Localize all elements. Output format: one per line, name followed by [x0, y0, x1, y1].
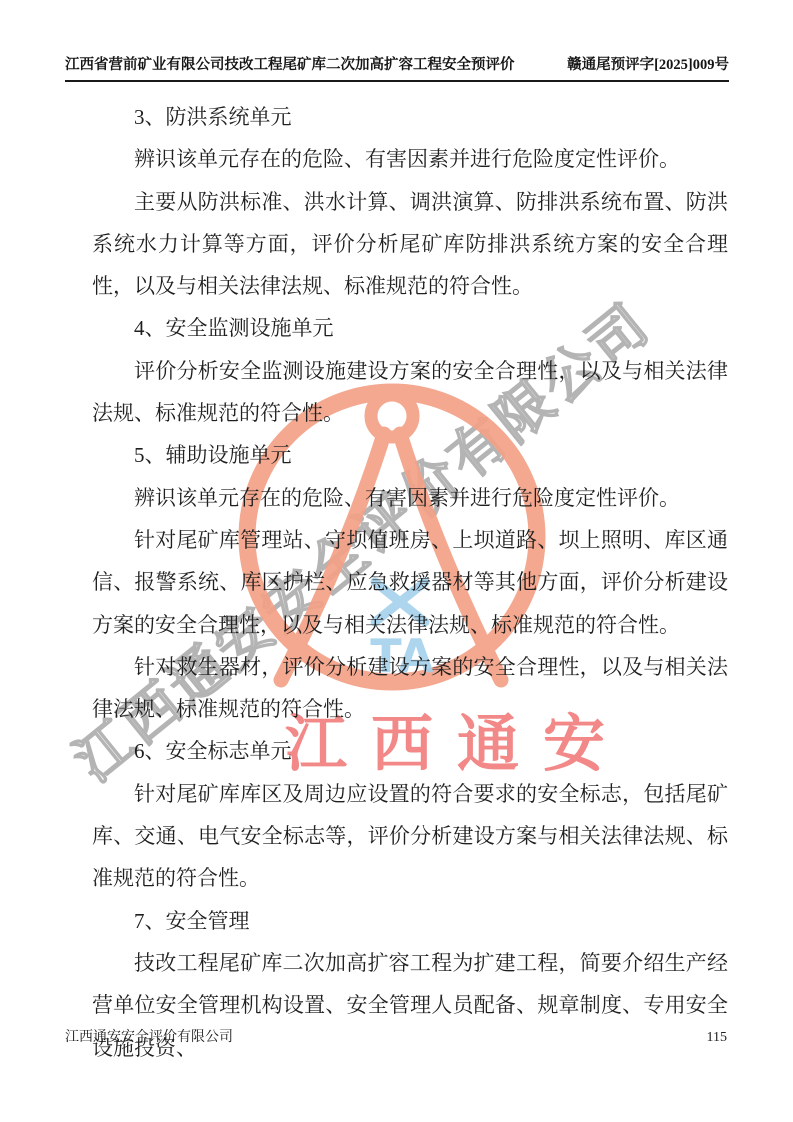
- section-heading: 5、辅助设施单元: [92, 434, 728, 476]
- body-paragraph: 针对尾矿库管理站、守坝值班房、上坝道路、坝上照明、库区通信、报警系统、库区护栏、…: [92, 519, 728, 646]
- body-paragraph: 技改工程尾矿库二次加高扩容工程为扩建工程，简要介绍生产经营单位安全管理机构设置、…: [92, 942, 728, 1069]
- header-document-number: 赣通尾预评字[2025]009号: [567, 53, 729, 74]
- page-footer: 江西通安安全评价有限公司 115: [65, 1026, 727, 1046]
- footer-company-name: 江西通安安全评价有限公司: [65, 1026, 233, 1046]
- section-heading: 6、安全标志单元: [92, 730, 728, 772]
- body-paragraph: 辨识该单元存在的危险、有害因素并进行危险度定性评价。: [92, 477, 728, 519]
- content-layer: 江西省营前矿业有限公司技改工程尾矿库二次加高扩容工程安全预评价 赣通尾预评字[2…: [0, 0, 793, 1122]
- document-page: 江西通安安全评价有限公司 TA 江西通安 江西省营前矿业有限公司技改工程尾矿库二…: [0, 0, 793, 1122]
- body-paragraph: 针对尾矿库库区及周边应设置的符合要求的安全标志，包括尾矿库、交通、电气安全标志等…: [92, 773, 728, 900]
- page-header: 江西省营前矿业有限公司技改工程尾矿库二次加高扩容工程安全预评价 赣通尾预评字[2…: [65, 53, 729, 82]
- document-body: 3、防洪系统单元 辨识该单元存在的危险、有害因素并进行危险度定性评价。 主要从防…: [92, 96, 728, 1069]
- page-number: 115: [707, 1030, 727, 1046]
- body-paragraph: 辨识该单元存在的危险、有害因素并进行危险度定性评价。: [92, 138, 728, 180]
- body-paragraph: 主要从防洪标准、洪水计算、调洪演算、防排洪系统布置、防洪系统水力计算等方面，评价…: [92, 181, 728, 308]
- body-paragraph: 评价分析安全监测设施建设方案的安全合理性，以及与相关法律法规、标准规范的符合性。: [92, 350, 728, 435]
- section-heading: 3、防洪系统单元: [92, 96, 728, 138]
- header-report-title: 江西省营前矿业有限公司技改工程尾矿库二次加高扩容工程安全预评价: [65, 53, 515, 74]
- section-heading: 7、安全管理: [92, 900, 728, 942]
- section-heading: 4、安全监测设施单元: [92, 307, 728, 349]
- body-paragraph: 针对救生器材，评价分析建设方案的安全合理性，以及与相关法律法规、标准规范的符合性…: [92, 646, 728, 731]
